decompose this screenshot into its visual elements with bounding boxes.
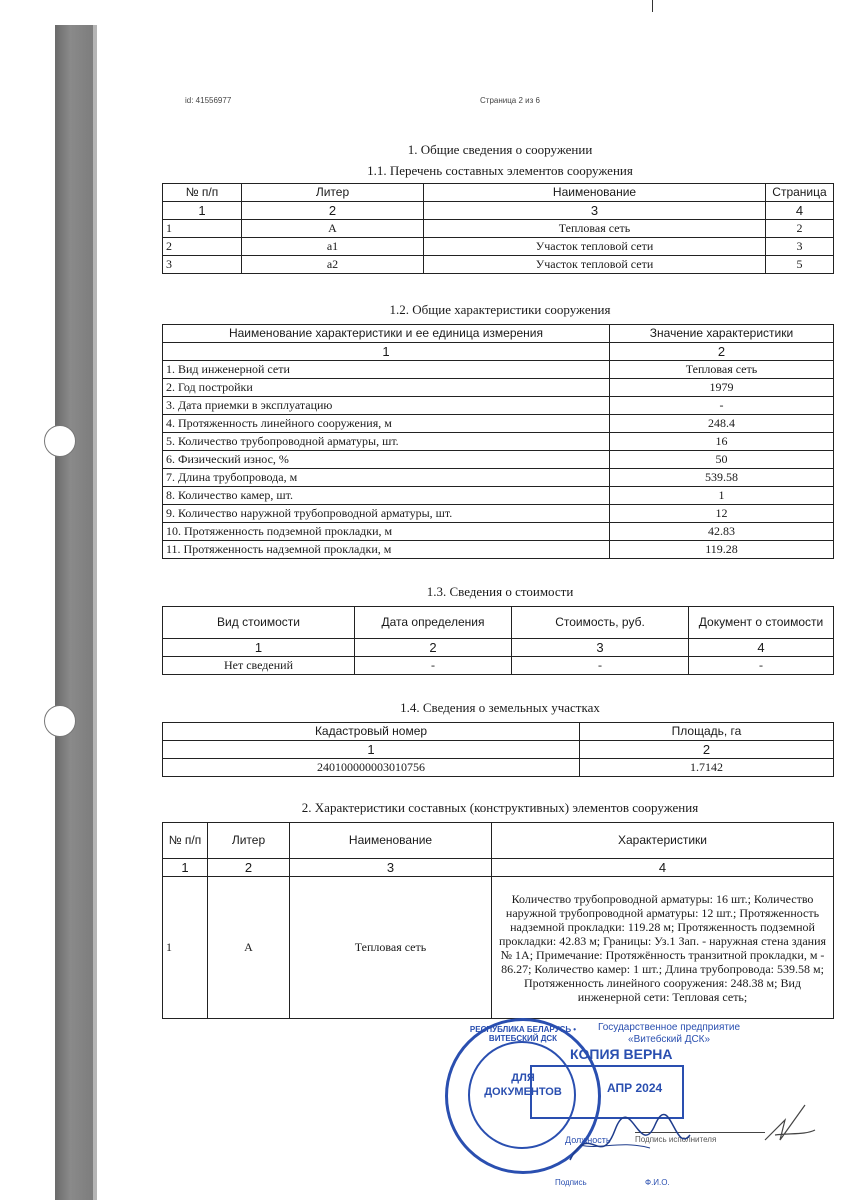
col-header: Дата определения (355, 607, 512, 639)
col-header: Наименование характеристики и ее единица… (163, 325, 610, 343)
col-header: Значение характеристики (610, 325, 834, 343)
table-row: 2 а1 Участок тепловой сети 3 (163, 238, 834, 256)
col-header: Вид стоимости (163, 607, 355, 639)
table-row: 3 а2 Участок тепловой сети 5 (163, 256, 834, 274)
signature-scribble (560, 1100, 700, 1175)
col-header: № п/п (163, 823, 208, 859)
characteristics-table: Наименование характеристики и ее единица… (162, 324, 834, 559)
col-number: 4 (766, 202, 834, 220)
punch-hole (44, 425, 76, 457)
section-2-title: 2. Характеристики составных (конструктив… (160, 800, 840, 816)
col-header: Наименование (290, 823, 492, 859)
scan-mark (652, 0, 653, 12)
elements-table: № п/п Литер Наименование Страница 1 2 3 … (162, 183, 834, 274)
subsection-1-1-title: 1.1. Перечень составных элементов сооруж… (160, 163, 840, 179)
table-row: 1. Вид инженерной сетиТепловая сеть (163, 361, 834, 379)
table-row: 10. Протяженность подземной прокладки, м… (163, 523, 834, 541)
col-header: Литер (242, 184, 424, 202)
table-row: 1 А Тепловая сеть Количество трубопровод… (163, 877, 834, 1019)
table-row: Нет сведений - - - (163, 657, 834, 675)
components-table: № п/п Литер Наименование Характеристики … (162, 822, 834, 1019)
col-number: 1 (163, 202, 242, 220)
stamp-org: Государственное предприятие «Витебский Д… (598, 1022, 740, 1046)
punch-hole (44, 705, 76, 737)
cost-table: Вид стоимости Дата определения Стоимость… (162, 606, 834, 675)
subsection-1-2-title: 1.2. Общие характеристики сооружения (160, 302, 840, 318)
subsection-1-3-title: 1.3. Сведения о стоимости (160, 584, 840, 600)
col-header: Характеристики (492, 823, 834, 859)
col-header: № п/п (163, 184, 242, 202)
col-number: 2 (242, 202, 424, 220)
col-header: Площадь, га (580, 723, 834, 741)
name-label: Ф.И.О. (645, 1178, 670, 1187)
table-row: 2. Год постройки1979 (163, 379, 834, 397)
executor-signature (760, 1095, 820, 1150)
table-row: 9. Количество наружной трубопроводной ар… (163, 505, 834, 523)
col-header: Документ о стоимости (689, 607, 834, 639)
signature-label: Подпись (555, 1178, 587, 1187)
binder-edge (93, 25, 97, 1200)
land-table: Кадастровый номер Площадь, га 1 2 240100… (162, 722, 834, 777)
binder-shadow (55, 25, 93, 1200)
col-header: Стоимость, руб. (512, 607, 689, 639)
table-row: 3. Дата приемки в эксплуатацию- (163, 397, 834, 415)
table-row: 5. Количество трубопроводной арматуры, ш… (163, 433, 834, 451)
table-row: 8. Количество камер, шт.1 (163, 487, 834, 505)
col-header: Страница (766, 184, 834, 202)
table-row: 11. Протяженность надземной прокладки, м… (163, 541, 834, 559)
subsection-1-4-title: 1.4. Сведения о земельных участках (160, 700, 840, 716)
page-number: Страница 2 из 6 (480, 96, 540, 105)
section-1-title: 1. Общие сведения о сооружении (160, 142, 840, 158)
table-row: 7. Длина трубопровода, м539.58 (163, 469, 834, 487)
col-header: Литер (208, 823, 290, 859)
table-row: 1 А Тепловая сеть 2 (163, 220, 834, 238)
copy-verified: КОПИЯ ВЕРНА (570, 1046, 673, 1062)
col-header: Кадастровый номер (163, 723, 580, 741)
col-number: 3 (424, 202, 766, 220)
table-row: 4. Протяженность линейного сооружения, м… (163, 415, 834, 433)
document-id: id: 41556977 (185, 96, 231, 105)
table-row: 240100000003010756 1.7142 (163, 759, 834, 777)
col-header: Наименование (424, 184, 766, 202)
table-row: 6. Физический износ, %50 (163, 451, 834, 469)
